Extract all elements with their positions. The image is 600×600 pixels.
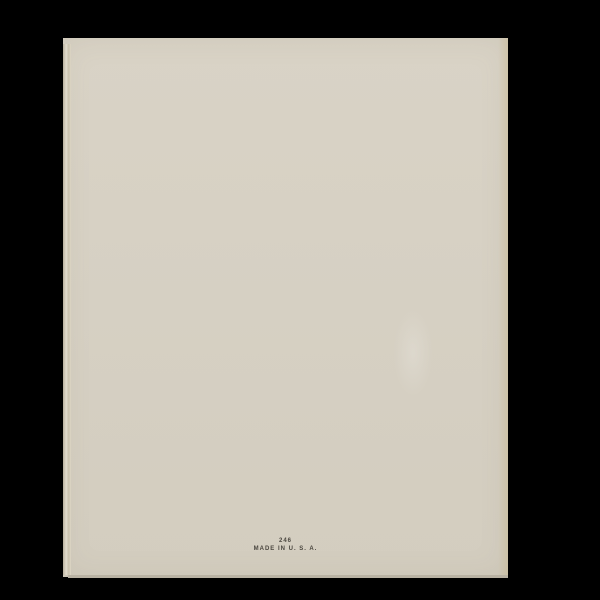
paper-crease: [393, 308, 433, 398]
catalog-number: 246: [63, 538, 508, 544]
booklet-back-cover: [63, 38, 508, 577]
booklet-spine-edge: [63, 44, 71, 575]
booklet-bottom-edge: [68, 575, 508, 578]
made-in-usa-imprint: MADE IN U. S. A.: [63, 546, 508, 552]
